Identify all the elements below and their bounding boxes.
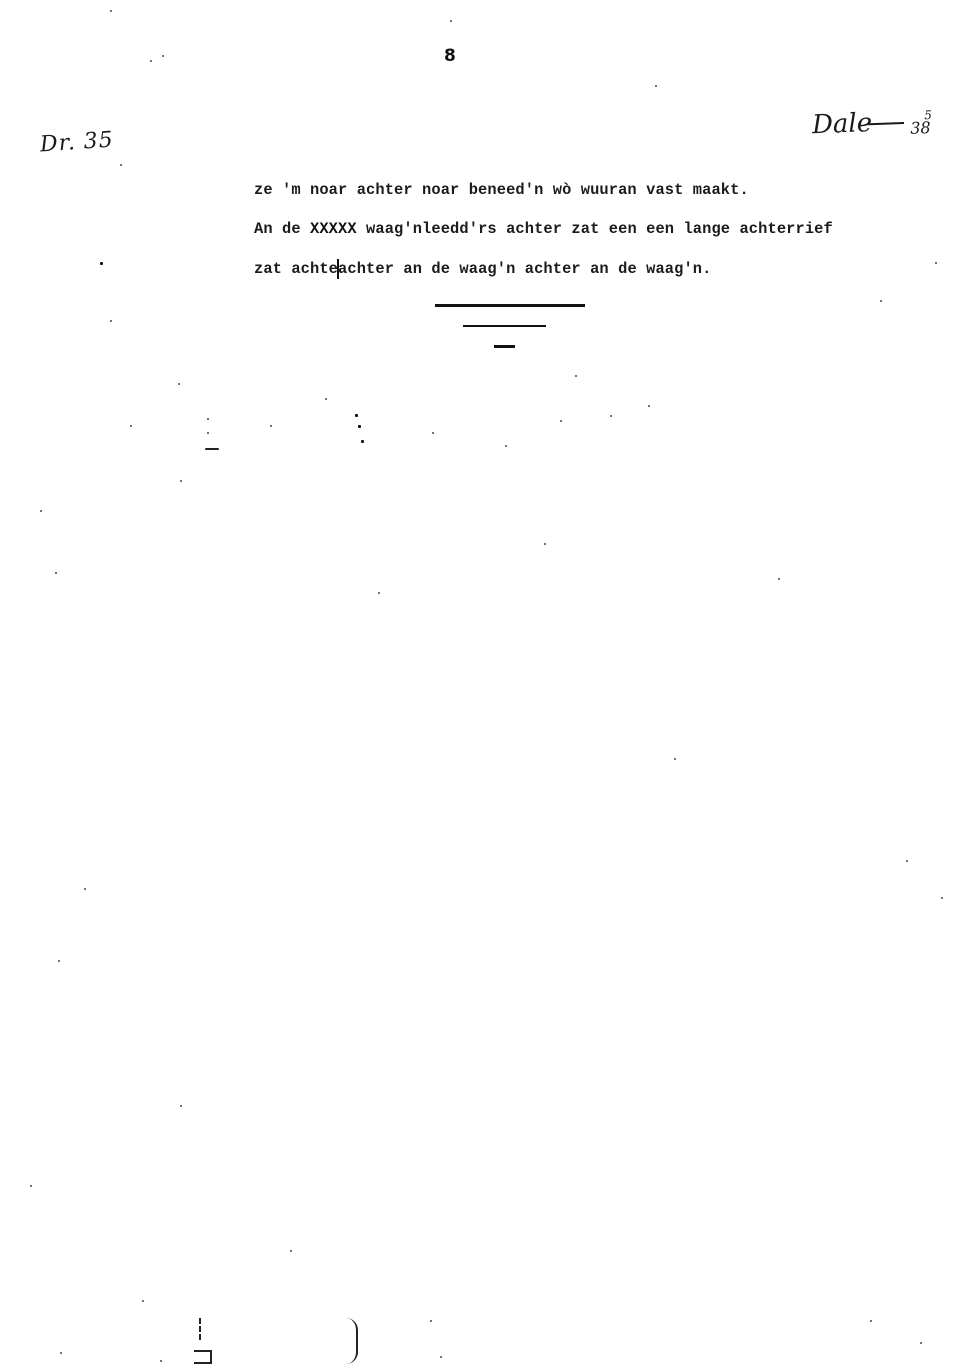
scan-speck bbox=[120, 164, 122, 166]
binding-mark bbox=[194, 1350, 212, 1364]
scan-speck bbox=[655, 85, 657, 87]
line-3-prefix: zat achte bbox=[254, 260, 338, 278]
page-number: 8 bbox=[444, 46, 456, 66]
scan-speck bbox=[205, 448, 219, 450]
scan-speck bbox=[674, 758, 676, 760]
scan-speck bbox=[432, 432, 434, 434]
scan-speck bbox=[361, 440, 364, 443]
scan-speck bbox=[870, 1320, 872, 1322]
closing-rule-medium bbox=[463, 325, 546, 327]
scan-speck bbox=[110, 320, 112, 322]
closing-rule-short bbox=[494, 345, 515, 348]
scan-speck bbox=[358, 425, 361, 428]
scan-speck bbox=[130, 425, 132, 427]
text-line-3: zat achteachter an de waag'n achter an d… bbox=[254, 249, 711, 289]
binding-mark bbox=[199, 1318, 203, 1340]
scan-speck bbox=[270, 425, 272, 427]
line-2-suffix: waag'nleedd'rs achter zat een een lange … bbox=[357, 220, 833, 238]
scan-speck bbox=[648, 405, 650, 407]
scan-speck bbox=[378, 592, 380, 594]
scan-speck bbox=[290, 1250, 292, 1252]
scan-speck bbox=[142, 1300, 144, 1302]
struck-out-text: XXXXX bbox=[310, 220, 357, 238]
scan-speck bbox=[610, 415, 612, 417]
handwritten-annotation-left: Dr. 35 bbox=[39, 127, 114, 157]
pen-underline-stroke bbox=[868, 122, 904, 125]
scan-speck bbox=[58, 960, 60, 962]
binding-mark bbox=[344, 1318, 358, 1364]
scan-speck bbox=[207, 432, 209, 434]
scan-speck bbox=[355, 414, 358, 417]
scan-speck bbox=[180, 480, 182, 482]
handwritten-number-correction: 5 bbox=[924, 108, 932, 122]
scan-speck bbox=[160, 1360, 162, 1362]
text-line-1: ze 'm noar achter noar beneed'n wò wuura… bbox=[254, 170, 749, 210]
scan-speck bbox=[941, 897, 943, 899]
scan-speck bbox=[575, 375, 577, 377]
scan-speck bbox=[30, 1185, 32, 1187]
scan-speck bbox=[60, 1352, 62, 1354]
scan-speck bbox=[162, 55, 164, 57]
scan-speck bbox=[325, 398, 327, 400]
scan-speck bbox=[920, 1342, 922, 1344]
closing-rule-long bbox=[435, 304, 585, 307]
line-3-suffix: achter an de waag'n achter an de waag'n. bbox=[338, 260, 711, 278]
scan-speck bbox=[505, 445, 507, 447]
scan-speck bbox=[450, 20, 452, 22]
scan-speck bbox=[440, 1356, 442, 1358]
scan-speck bbox=[560, 420, 562, 422]
scan-speck bbox=[100, 262, 103, 265]
scan-speck bbox=[150, 60, 152, 62]
scan-speck bbox=[207, 418, 209, 420]
scanned-page: 8 Dr. 35 Dale385 ze 'm noar achter noar … bbox=[0, 0, 954, 1372]
scan-speck bbox=[880, 300, 882, 302]
scan-speck bbox=[778, 578, 780, 580]
handwritten-name: Dale bbox=[812, 108, 873, 140]
scan-speck bbox=[544, 543, 546, 545]
scan-speck bbox=[430, 1320, 432, 1322]
text-line-2: An de XXXXX waag'nleedd'rs achter zat ee… bbox=[254, 209, 833, 249]
scan-speck bbox=[55, 572, 57, 574]
scan-speck bbox=[906, 860, 908, 862]
scan-speck bbox=[84, 888, 86, 890]
scan-speck bbox=[180, 1105, 182, 1107]
scan-speck bbox=[40, 510, 42, 512]
scan-speck bbox=[935, 262, 937, 264]
scan-speck bbox=[110, 10, 112, 12]
handwritten-annotation-right: Dale385 bbox=[812, 106, 939, 140]
scan-speck bbox=[178, 383, 180, 385]
line-2-prefix: An de bbox=[254, 220, 310, 238]
